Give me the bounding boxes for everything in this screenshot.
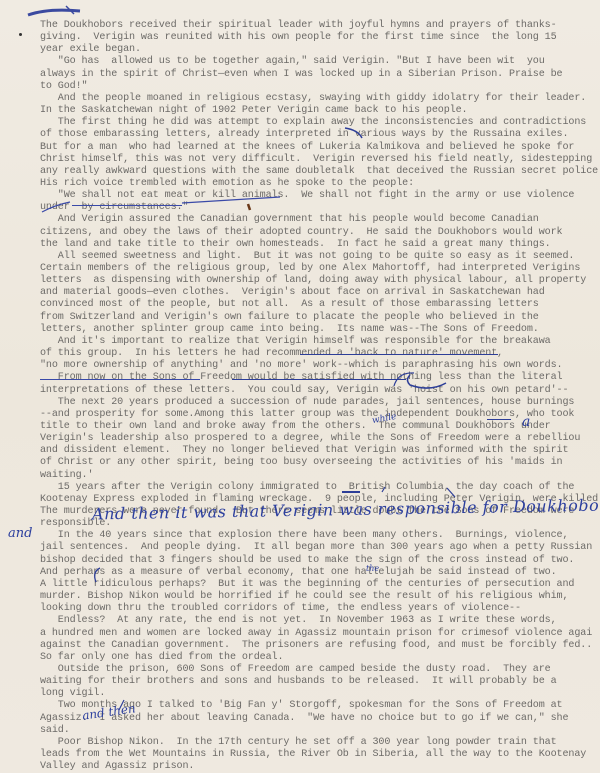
typed-line: jail sentences. And people dying. It all… [40,542,592,554]
typed-line: The next 20 years produced a succession … [40,397,574,409]
typed-line: And the people moaned in religious ecsta… [40,93,586,105]
typed-line: Endless? At any rate, the end is not yet… [40,615,557,627]
typed-line: looking down thru the troubled corridors… [40,603,521,615]
typed-line: So far only one has died from the ordeal… [40,652,283,664]
typed-line: bishop decided that 3 fingers should be … [40,555,574,567]
typed-line: Valley and Agassiz prison. [40,761,194,773]
underline-literal [40,379,200,380]
typed-line: title to their own land and broke away f… [40,421,551,433]
typed-line: And Verigin assured the Canadian governm… [40,214,539,226]
typed-line: All seemed sweetness and light. But it w… [40,251,574,263]
typed-line: In the 40 years since that explosion the… [40,530,568,542]
typed-line: and dissident element. They no longer be… [40,445,568,457]
typed-line: The first thing he did was attempt to ex… [40,117,586,129]
typed-line: to God!" [40,81,88,93]
strikethrough-paraphrasing [300,354,498,355]
typed-line: waiting.' [40,470,93,482]
strikethrough-the [342,491,360,493]
typed-line: citizens, and obey the laws of their ado… [40,227,562,239]
typed-line: In the Saskatchewan night of 1902 Peter … [40,105,467,117]
handwritten-insert-the: the [366,564,379,573]
typed-line: And it's important to realize that Verig… [40,336,551,348]
handwritten-margin-and: and [8,526,32,541]
typed-line: long vigil. [40,688,105,700]
typed-line: "We shall not eat meat or kill animals. … [40,190,574,202]
typed-line: "Go has allowed us to be together again,… [40,56,545,68]
typed-line: convinced most of the people, but not al… [40,299,539,311]
typed-line: any really awkward questions with the sa… [40,166,598,178]
typed-line: of Christ or any other spirit, being too… [40,457,562,469]
typed-line: murder. Bishop Nikon would be horrified … [40,591,568,603]
handwritten-insert-a: a [522,414,530,430]
typed-line: year exile began. [40,44,141,56]
typed-line: of those embarassing letters, already in… [40,129,568,141]
typed-line: said. [40,725,70,737]
typed-line: 15 years after the Verigin colony immigr… [40,482,574,494]
typed-line: leads from the Wet Mountains in Russia, … [40,749,586,761]
typed-line: letters, another splinter group came int… [40,324,539,336]
typed-line: But for a man who had learned at the kne… [40,142,574,154]
typed-line: And perhaps as a measure of verbal econo… [40,567,557,579]
typed-line: His rich voice trembled with emotion as … [40,178,414,190]
typed-line: Verigin's leadership also prospered to a… [40,433,580,445]
typed-line: giving. Verigin was reunited with his ow… [40,32,557,44]
typed-line: from Switzerland and Verigin's own failu… [40,312,539,324]
typed-line: Christ himself, this was not very diffic… [40,154,592,166]
underline-by-circumstances [72,205,182,206]
typed-line: letters as dispensing with ownership of … [40,275,586,287]
strikethrough-were [487,419,511,420]
typed-line: Certain members of the religious group, … [40,263,580,275]
typed-line: The Doukhobors received their spiritual … [40,20,557,32]
typed-line: waiting for their brothers and sons and … [40,676,557,688]
strikethrough-you-could-say [232,379,406,380]
margin-dot [19,33,22,36]
typed-line: always in the spirit of Christ—even when… [40,69,562,81]
typed-line: A little ridiculous perhaps? But it was … [40,579,574,591]
typed-line: interpretations of these letters. You co… [40,385,568,397]
typewritten-page: The Doukhobors received their spiritual … [0,0,600,773]
typed-line: against the Canadian government. The pri… [40,640,592,652]
typed-line: the land and take title to their own hom… [40,239,551,251]
typed-line: Poor Bishop Nikon. In the 17th century h… [40,737,557,749]
typed-line: Outside the prison, 600 Sons of Freedom … [40,664,551,676]
typed-line: "no more ownership of anything' and 'no … [40,360,562,372]
typed-line: a hundred men and women are locked away … [40,628,592,640]
typed-line: and material goods—even clothes. Verigin… [40,287,545,299]
